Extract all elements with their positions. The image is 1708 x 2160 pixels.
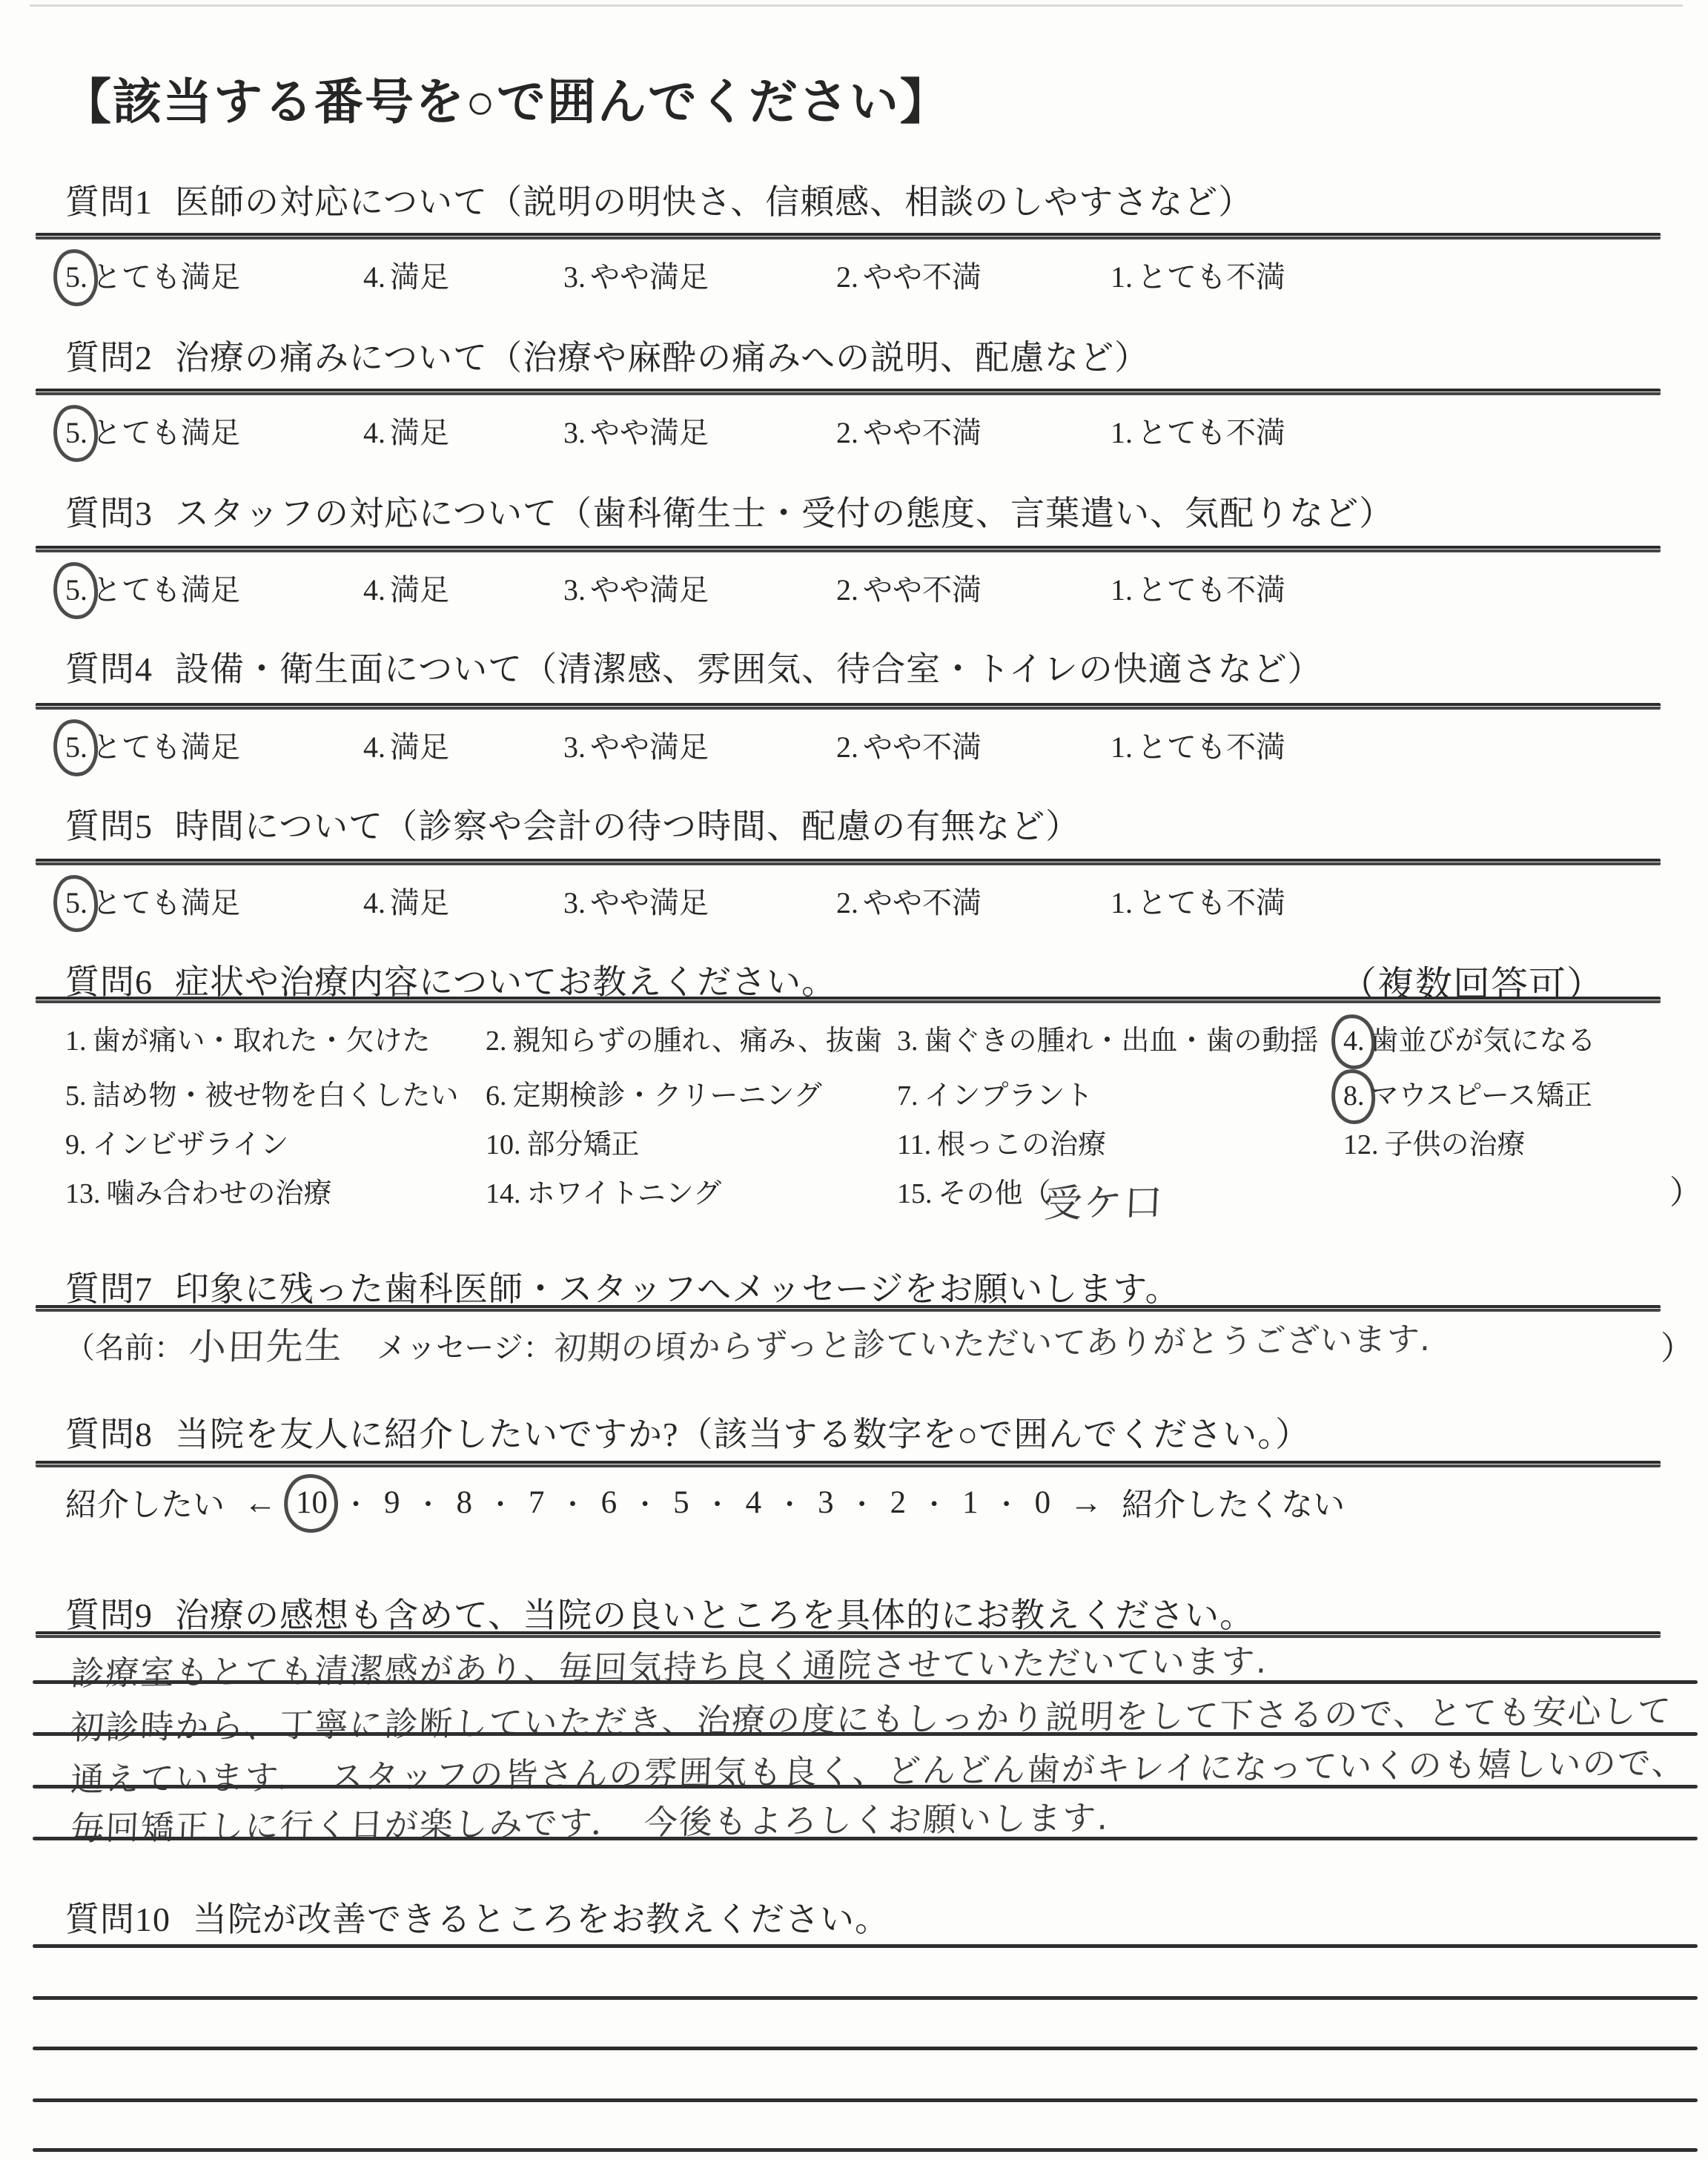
- q6-option-10-label: 部分矯正: [527, 1129, 640, 1160]
- q6-option-14[interactable]: 14.ホワイトニング: [486, 1170, 721, 1211]
- q1-option-2-label: やや不満: [863, 260, 982, 294]
- q3-option-4-label: 満足: [390, 573, 449, 607]
- q4-option-3-number: 3.: [563, 730, 586, 764]
- q2-option-5-number: 5.: [65, 415, 87, 450]
- q6-option-7-label: インプラント: [924, 1080, 1093, 1112]
- q5-option-2-label: やや不満: [863, 886, 982, 919]
- q4-option-3[interactable]: 3.やや満足: [563, 724, 709, 766]
- question-4-divider: [36, 703, 1661, 710]
- q6-option-4[interactable]: 4.歯並びが気になる: [1343, 1017, 1596, 1058]
- q2-option-4-number: 4.: [363, 415, 385, 450]
- q6-option-2-label: 親知らずの腫れ、痛み、抜歯: [513, 1025, 883, 1057]
- q8-number-1[interactable]: 1: [962, 1484, 979, 1521]
- q3-option-5-number: 5.: [65, 572, 87, 607]
- q6-option-8-label: マウスピース矯正: [1371, 1080, 1592, 1112]
- q2-option-4-label: 満足: [390, 416, 449, 449]
- q8-dot: ・: [632, 1484, 658, 1522]
- q3-option-2-number: 2.: [836, 572, 858, 607]
- q6-option-5-number: 5.: [65, 1080, 87, 1112]
- question-10-header: 質問10当院が改善できるところをお教えください。: [65, 1892, 890, 1941]
- q6-option-12-number: 12.: [1343, 1129, 1379, 1161]
- q5-option-3-number: 3.: [563, 885, 586, 920]
- q1-option-4-number: 4.: [363, 260, 385, 294]
- question-3-label: 質問3: [65, 495, 153, 532]
- question-1-options: 5.とても満足 4.満足 3.やや満足 2.やや不満 1.とても不満: [0, 254, 1708, 301]
- q6-option-3-number: 3.: [897, 1025, 918, 1057]
- q3-option-3-label: やや満足: [590, 573, 709, 607]
- q10-writing-line-3: [33, 2047, 1698, 2050]
- question-4-options: 5.とても満足 4.満足 3.やや満足 2.やや不満 1.とても不満: [0, 724, 1708, 771]
- q6-option-2-number: 2.: [486, 1025, 507, 1057]
- q6-option-4-number: 4.: [1343, 1025, 1365, 1057]
- q9-writing-line-3: [33, 1785, 1698, 1789]
- q4-option-1[interactable]: 1.とても不満: [1110, 724, 1285, 766]
- survey-form-page: 【該当する番号を○で囲んでください】 質問1医師の対応について（説明の明快さ、信…: [0, 0, 1708, 2160]
- q8-number-7[interactable]: 7: [529, 1484, 545, 1521]
- q7-name-label: （名前：: [65, 1324, 184, 1367]
- q5-option-1-label: とても不満: [1137, 886, 1285, 919]
- q1-option-1-label: とても不満: [1137, 260, 1285, 294]
- question-4-label: 質問4: [65, 650, 153, 688]
- q5-option-1-number: 1.: [1110, 885, 1133, 920]
- q8-right-label: 紹介したくない: [1122, 1480, 1345, 1525]
- q6-option-8-number: 8.: [1343, 1080, 1365, 1112]
- q4-option-2[interactable]: 2.やや不満: [836, 724, 982, 766]
- question-2-header: 質問2治療の痛みについて（治療や麻酔の痛みへの説明、配慮など）: [65, 331, 1149, 380]
- question-9-text: 治療の感想も含めて、当院の良いところを具体的にお教えください。: [175, 1596, 1254, 1634]
- q6-other-handwritten-answer: 受ケ口: [1042, 1171, 1165, 1228]
- q6-option-1[interactable]: 1.歯が痛い・取れた・欠けた: [65, 1017, 431, 1058]
- q1-option-3-number: 3.: [563, 260, 586, 294]
- q1-option-3[interactable]: 3.やや満足: [563, 254, 709, 296]
- q8-number-3[interactable]: 3: [818, 1484, 834, 1521]
- question-2-text: 治療の痛みについて（治療や麻酔の痛みへの説明、配慮など）: [175, 339, 1149, 377]
- q8-number-8[interactable]: 8: [457, 1484, 473, 1521]
- question-6-label: 質問6: [65, 963, 153, 1001]
- q8-left-label: 紹介したい: [65, 1480, 225, 1525]
- q8-number-0[interactable]: 0: [1035, 1484, 1051, 1521]
- q5-option-1[interactable]: 1.とても不満: [1110, 879, 1285, 922]
- q5-option-5-label: とても満足: [92, 886, 240, 919]
- question-3-text: スタッフの対応について（歯科衛生士・受付の態度、言葉遣い、気配りなど）: [175, 495, 1394, 532]
- q8-number-10[interactable]: 10: [296, 1484, 328, 1521]
- question-9-label: 質問9: [65, 1596, 153, 1634]
- q6-option-5[interactable]: 5.詰め物・被せ物を白くしたい: [65, 1072, 459, 1113]
- question-7-divider: [36, 1305, 1661, 1312]
- q4-option-1-label: とても不満: [1137, 730, 1285, 764]
- q5-option-5[interactable]: 5.とても満足: [65, 879, 240, 922]
- q4-option-5-number: 5.: [65, 730, 87, 764]
- q9-handwritten-line-1: 診療室もとても清潔感があり、毎回気持ち良く通院させていただいています.: [70, 1634, 1269, 1695]
- q8-number-6[interactable]: 6: [601, 1484, 618, 1521]
- q4-option-4-label: 満足: [390, 730, 449, 764]
- q2-option-3-number: 3.: [563, 415, 586, 450]
- q8-dot: ・: [415, 1484, 442, 1522]
- question-6-text: 症状や治療内容についてお教えください。: [175, 963, 836, 1001]
- q3-option-4[interactable]: 4.満足: [363, 567, 449, 609]
- question-2-options: 5.とても満足 4.満足 3.やや満足 2.やや不満 1.とても不満: [0, 409, 1708, 457]
- q8-number-2[interactable]: 2: [890, 1484, 907, 1521]
- question-6-divider: [36, 997, 1661, 1003]
- q8-dot: ・: [560, 1484, 586, 1522]
- question-1-text: 医師の対応について（説明の明快さ、信頼感、相談のしやすさなど）: [175, 183, 1253, 221]
- q5-option-3-label: やや満足: [590, 886, 709, 919]
- q5-option-2-number: 2.: [836, 885, 858, 920]
- q6-option-9[interactable]: 9.インビザライン: [65, 1121, 288, 1162]
- q8-dot: ・: [849, 1484, 875, 1522]
- q1-option-1[interactable]: 1.とても不満: [1110, 254, 1285, 296]
- q5-option-4-label: 満足: [390, 886, 449, 919]
- q5-option-2[interactable]: 2.やや不満: [836, 879, 982, 922]
- q6-option-4-label: 歯並びが気になる: [1371, 1025, 1596, 1057]
- q9-writing-line-4: [33, 1837, 1698, 1840]
- q6-option-11-label: 根っこの治療: [937, 1129, 1106, 1160]
- q10-writing-line-1: [33, 1944, 1698, 1948]
- q1-option-2-number: 2.: [836, 260, 858, 294]
- question-1-label: 質問1: [65, 183, 153, 221]
- question-2-label: 質問2: [65, 339, 153, 377]
- q6-option-9-label: インビザライン: [93, 1129, 289, 1160]
- question-5-text: 時間について（診察や会計の待つ時間、配慮の有無など）: [175, 807, 1080, 845]
- q1-option-3-label: やや満足: [590, 260, 709, 294]
- q7-message-handwritten: 初期の頃からずっと診ていただいてありがとうございます.: [553, 1312, 1432, 1369]
- q3-option-1-number: 1.: [1110, 572, 1133, 607]
- q2-option-3-label: やや満足: [590, 416, 709, 449]
- question-7-header: 質問7印象に残った歯科医師・スタッフへメッセージをお願いします。: [65, 1262, 1180, 1311]
- q8-nps-scale: 紹介したい ← 10・ 9・ 8・ 7・ 6・ 5・ 4・ 3・ 2・ 1・ 0…: [65, 1480, 1345, 1525]
- q4-option-5[interactable]: 5.とても満足: [65, 724, 240, 766]
- q6-option-1-label: 歯が痛い・取れた・欠けた: [93, 1025, 431, 1057]
- q7-name-handwritten: 小田先生: [188, 1316, 344, 1371]
- q8-dot: ・: [342, 1484, 369, 1522]
- q6-option-2[interactable]: 2.親知らずの腫れ、痛み、抜歯: [486, 1017, 882, 1058]
- q6-option-7-number: 7.: [897, 1080, 918, 1112]
- question-3-divider: [36, 546, 1661, 552]
- q1-option-4-label: 満足: [390, 260, 449, 294]
- question-9-header: 質問9治療の感想も含めて、当院の良いところを具体的にお教えください。: [65, 1588, 1254, 1637]
- q6-option-6-number: 6.: [486, 1080, 507, 1112]
- q3-option-1[interactable]: 1.とても不満: [1110, 567, 1285, 609]
- question-8-header: 質問8当院を友人に紹介したいですか?（該当する数字を○で囲んでください。）: [65, 1407, 1310, 1456]
- scan-artifact-top-edge: [30, 4, 1683, 7]
- q3-option-2-label: やや不満: [863, 573, 982, 607]
- q9-writing-line-2: [33, 1732, 1698, 1736]
- q1-option-5-number: 5.: [65, 260, 87, 294]
- q6-option-7[interactable]: 7.インプラント: [897, 1072, 1093, 1113]
- q8-number-5[interactable]: 5: [673, 1484, 689, 1521]
- q8-dot: ・: [776, 1484, 803, 1522]
- q3-option-3[interactable]: 3.やや満足: [563, 567, 709, 609]
- q2-option-4[interactable]: 4.満足: [363, 409, 449, 452]
- form-title: 【該当する番号を○で囲んでください】: [62, 62, 950, 133]
- q6-option-15-number: 15.: [897, 1178, 933, 1210]
- question-9-divider: [36, 1631, 1661, 1638]
- q4-option-5-label: とても満足: [92, 730, 240, 764]
- q8-right-arrow: →: [1070, 1484, 1102, 1522]
- q9-handwritten-line-4: 毎回矯正しに行く日が楽しみです． 今後もよろしくお願いします.: [70, 1791, 1110, 1850]
- q5-option-5-number: 5.: [65, 885, 87, 920]
- q6-option-1-number: 1.: [65, 1025, 87, 1057]
- q10-writing-line-5: [33, 2148, 1698, 2152]
- q6-option-15[interactable]: 15.その他（: [897, 1170, 1051, 1211]
- q2-option-2[interactable]: 2.やや不満: [836, 409, 982, 452]
- q4-option-4[interactable]: 4.満足: [363, 724, 449, 766]
- q5-option-3[interactable]: 3.やや満足: [563, 879, 709, 922]
- q10-writing-line-4: [33, 2098, 1698, 2102]
- question-5-label: 質問5: [65, 807, 153, 845]
- question-1-divider: [36, 233, 1661, 240]
- q4-option-2-number: 2.: [836, 730, 858, 764]
- q6-option-14-label: ホワイトニング: [527, 1178, 722, 1209]
- q6-option-3-label: 歯ぐきの腫れ・出血・歯の動揺: [924, 1025, 1319, 1057]
- q6-option-12-label: 子供の治療: [1385, 1129, 1526, 1160]
- q8-number-9[interactable]: 9: [384, 1484, 400, 1521]
- question-10-text: 当院が改善できるところをお教えください。: [193, 1900, 890, 1938]
- q6-option-10[interactable]: 10.部分矯正: [486, 1121, 640, 1162]
- q5-option-4[interactable]: 4.満足: [363, 879, 449, 922]
- question-4-header: 質問4設備・衛生面について（清潔感、雰囲気、待合室・トイレの快適さなど）: [65, 642, 1323, 691]
- q8-number-4[interactable]: 4: [746, 1484, 762, 1521]
- question-3-header: 質問3スタッフの対応について（歯科衛生士・受付の態度、言葉遣い、気配りなど）: [65, 486, 1394, 535]
- q3-option-4-number: 4.: [363, 572, 385, 607]
- q3-option-5[interactable]: 5.とても満足: [65, 567, 240, 609]
- q6-option-11[interactable]: 11.根っこの治療: [897, 1121, 1106, 1162]
- q9-writing-line-1: [33, 1680, 1698, 1684]
- q4-option-4-number: 4.: [363, 730, 385, 764]
- q3-option-3-number: 3.: [563, 572, 586, 607]
- question-3-options: 5.とても満足 4.満足 3.やや満足 2.やや不満 1.とても不満: [0, 567, 1708, 614]
- q7-message-label: メッセージ：: [377, 1324, 553, 1367]
- q6-option-10-number: 10.: [486, 1129, 521, 1161]
- q7-close-paren: ）: [1661, 1321, 1693, 1369]
- q8-dot: ・: [487, 1484, 514, 1522]
- q6-option-15-label: その他（: [939, 1178, 1051, 1209]
- q1-option-5-label: とても満足: [92, 260, 240, 294]
- q6-option-11-number: 11.: [897, 1129, 931, 1161]
- question-5-header: 質問5時間について（診察や会計の待つ時間、配慮の有無など）: [65, 799, 1080, 848]
- q5-option-4-number: 4.: [363, 885, 385, 920]
- q2-option-3[interactable]: 3.やや満足: [563, 409, 709, 452]
- question-8-label: 質問8: [65, 1416, 153, 1453]
- question-8-text: 当院を友人に紹介したいですか?（該当する数字を○で囲んでください。）: [175, 1416, 1310, 1453]
- q6-option-13-number: 13.: [65, 1178, 101, 1210]
- question-2-divider: [36, 389, 1661, 395]
- q6-option-6[interactable]: 6.定期検診・クリーニング: [486, 1072, 822, 1113]
- q6-option-9-number: 9.: [65, 1129, 87, 1161]
- q2-option-2-number: 2.: [836, 415, 858, 450]
- q6-option-6-label: 定期検診・クリーニング: [513, 1080, 822, 1112]
- q3-option-5-label: とても満足: [92, 573, 240, 607]
- q2-option-5[interactable]: 5.とても満足: [65, 409, 240, 452]
- q6-option-14-number: 14.: [486, 1178, 521, 1210]
- q2-option-2-label: やや不満: [863, 416, 982, 449]
- question-7-label: 質問7: [65, 1270, 153, 1308]
- question-10-label: 質問10: [65, 1900, 171, 1938]
- question-1-header: 質問1医師の対応について（説明の明快さ、信頼感、相談のしやすさなど）: [65, 175, 1253, 224]
- q6-option-13[interactable]: 13.噛み合わせの治療: [65, 1170, 332, 1211]
- q6-option-3[interactable]: 3.歯ぐきの腫れ・出血・歯の動揺: [897, 1017, 1319, 1058]
- q6-option-5-label: 詰め物・被せ物を白くしたい: [93, 1080, 459, 1112]
- question-8-divider: [36, 1461, 1661, 1467]
- q2-option-1[interactable]: 1.とても不満: [1110, 409, 1285, 452]
- q1-option-5[interactable]: 5.とても満足: [65, 254, 240, 296]
- q6-option-13-label: 噛み合わせの治療: [107, 1178, 332, 1209]
- q4-option-3-label: やや満足: [590, 730, 709, 764]
- q3-option-2[interactable]: 2.やや不満: [836, 567, 982, 609]
- q1-option-1-number: 1.: [1110, 260, 1133, 294]
- q1-option-2[interactable]: 2.やや不満: [836, 254, 982, 296]
- question-4-text: 設備・衛生面について（清潔感、雰囲気、待合室・トイレの快適さなど）: [175, 650, 1323, 688]
- q2-option-1-number: 1.: [1110, 415, 1133, 450]
- question-7-text: 印象に残った歯科医師・スタッフへメッセージをお願いします。: [175, 1270, 1180, 1308]
- q8-dot: ・: [993, 1484, 1020, 1522]
- q3-option-1-label: とても不満: [1137, 573, 1285, 607]
- q8-dot: ・: [921, 1484, 947, 1522]
- q1-option-4[interactable]: 4.満足: [363, 254, 449, 296]
- question-5-options: 5.とても満足 4.満足 3.やや満足 2.やや不満 1.とても不満: [0, 879, 1708, 927]
- q6-other-close-paren: ）: [1669, 1166, 1702, 1213]
- question-5-divider: [36, 859, 1661, 865]
- q4-option-1-number: 1.: [1110, 730, 1133, 764]
- q4-option-2-label: やや不満: [863, 730, 982, 764]
- q2-option-5-label: とても満足: [92, 416, 240, 449]
- q6-option-12[interactable]: 12.子供の治療: [1343, 1121, 1526, 1162]
- q8-dot: ・: [704, 1484, 731, 1522]
- q10-writing-line-2: [33, 1996, 1698, 2000]
- q6-option-8[interactable]: 8.マウスピース矯正: [1343, 1072, 1592, 1113]
- q8-left-arrow: ←: [244, 1484, 277, 1522]
- q2-option-1-label: とても不満: [1137, 416, 1285, 449]
